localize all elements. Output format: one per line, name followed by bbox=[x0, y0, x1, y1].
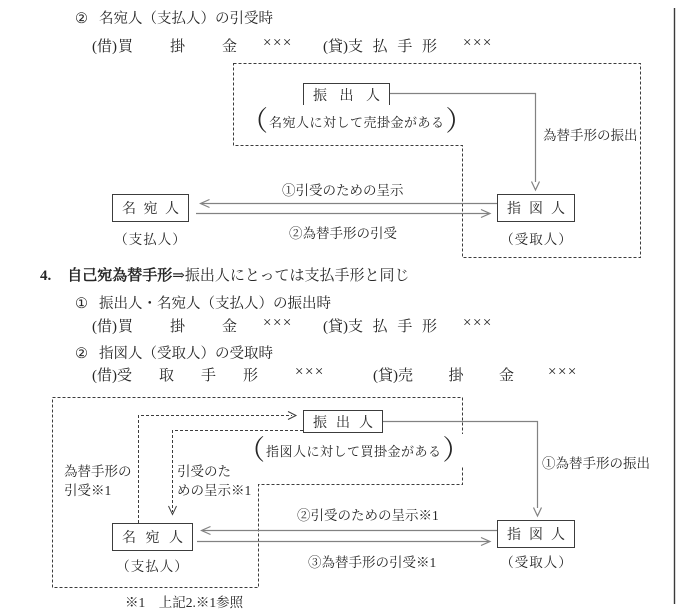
addressee-label: 名宛人 bbox=[122, 527, 183, 547]
item-title: 振出人・名宛人（支払人）の振出時 bbox=[99, 292, 331, 313]
payee-box: 指図人 bbox=[497, 194, 575, 222]
section-title-rest: ⇒振出人にとっては支払手形と同じ bbox=[172, 268, 409, 284]
note-open-paren: （ bbox=[238, 435, 265, 466]
credit-account: 売掛金 bbox=[398, 364, 514, 385]
credit-label: (貸) bbox=[373, 364, 398, 385]
journal-entry-row: (借) 買掛金 ××× (貸) 支払手形 ××× bbox=[0, 35, 686, 55]
addressee-box: 名宛人 bbox=[112, 194, 189, 222]
drawer-box: 振出人 bbox=[303, 83, 390, 106]
credit-label: (貸) bbox=[323, 35, 348, 56]
acceptance-arrow-label: ②為替手形の引受 bbox=[289, 222, 397, 242]
payee-subtitle: （受取人） bbox=[489, 551, 584, 571]
debit-label: (借) bbox=[92, 364, 117, 385]
drawer-note: （ 名宛人に対して売掛金がある ） bbox=[241, 105, 473, 137]
note-close-paren: ） bbox=[446, 106, 473, 137]
presentation-arrow-label: ②引受のための呈示※1 bbox=[297, 504, 439, 524]
credit-amount: ××× bbox=[463, 35, 493, 52]
section-title-bold: 自己宛為替手形 bbox=[67, 268, 172, 284]
item-title: 名宛人（支払人）の引受時 bbox=[99, 7, 273, 28]
debit-account: 買掛金 bbox=[118, 35, 237, 56]
credit-account: 支払手形 bbox=[348, 35, 437, 56]
section2-item2-heading: ②名宛人（支払人）の引受時 bbox=[75, 7, 273, 28]
drawer-label: 振出人 bbox=[313, 85, 380, 105]
debit-label: (借) bbox=[92, 35, 117, 56]
debit-account: 買掛金 bbox=[118, 315, 237, 336]
journal-entry-row: (借) 受取手形 ××× (貸) 売掛金 ××× bbox=[0, 364, 686, 384]
footnote: ※1 上記2.※1参照 bbox=[125, 591, 243, 611]
payee-subtitle: （受取人） bbox=[489, 228, 584, 248]
debit-amount: ××× bbox=[263, 35, 293, 52]
acceptance-arrow-label: ③為替手形の引受※1 bbox=[308, 551, 436, 571]
addressee-label: 名宛人 bbox=[122, 198, 179, 218]
credit-label: (貸) bbox=[323, 315, 348, 336]
note-text: 名宛人に対して売掛金がある bbox=[268, 112, 446, 131]
addressee-box: 名宛人 bbox=[112, 523, 193, 551]
section4-item1-heading: ①振出人・名宛人（支払人）の振出時 bbox=[75, 292, 331, 313]
acceptance-side-label: 為替手形の 引受※1 bbox=[64, 462, 132, 500]
document-page: ②名宛人（支払人）の引受時 (借) 買掛金 ××× (貸) 支払手形 ××× 振… bbox=[0, 0, 686, 613]
draw-bill-label: ①為替手形の振出 bbox=[542, 452, 650, 472]
drawer-note: （ 指図人に対して買掛金がある ） bbox=[238, 434, 470, 466]
item-number: ② bbox=[75, 346, 88, 363]
debit-account: 受取手形 bbox=[117, 364, 258, 385]
item-number: ① bbox=[75, 296, 88, 313]
item-title: 指図人（受取人）の受取時 bbox=[99, 342, 273, 363]
arrowhead-down-icon bbox=[534, 508, 542, 517]
section-number: 4. bbox=[40, 268, 51, 285]
presentation-arrow-label: ①引受のための呈示 bbox=[282, 179, 404, 199]
drawer-box: 振出人 bbox=[303, 410, 383, 433]
note-text: 指図人に対して買掛金がある bbox=[265, 441, 443, 460]
arrowhead-down-icon bbox=[532, 182, 540, 191]
payee-label: 指図人 bbox=[507, 198, 565, 218]
addressee-subtitle: （支払人） bbox=[104, 555, 201, 575]
presentation-side-label: 引受のた めの呈示※1 bbox=[177, 462, 251, 500]
section4-heading: 4.自己宛為替手形⇒振出人にとっては支払手形と同じ bbox=[40, 264, 410, 285]
drawer-label: 振出人 bbox=[313, 412, 373, 432]
section4-item2-heading: ②指図人（受取人）の受取時 bbox=[75, 342, 273, 363]
debit-label: (借) bbox=[92, 315, 117, 336]
debit-amount: ××× bbox=[263, 315, 293, 332]
credit-amount: ××× bbox=[463, 315, 493, 332]
credit-amount: ××× bbox=[548, 364, 578, 381]
note-open-paren: （ bbox=[241, 106, 268, 137]
payee-box: 指図人 bbox=[497, 520, 575, 548]
debit-amount: ××× bbox=[295, 364, 325, 381]
journal-entry-row: (借) 買掛金 ××× (貸) 支払手形 ××× bbox=[0, 315, 686, 335]
item-number: ② bbox=[75, 11, 88, 28]
payee-label: 指図人 bbox=[507, 524, 565, 544]
note-close-paren: ） bbox=[443, 435, 470, 466]
credit-account: 支払手形 bbox=[348, 315, 437, 336]
addressee-subtitle: （支払人） bbox=[103, 228, 198, 248]
draw-bill-label: 為替手形の振出 bbox=[543, 124, 638, 144]
